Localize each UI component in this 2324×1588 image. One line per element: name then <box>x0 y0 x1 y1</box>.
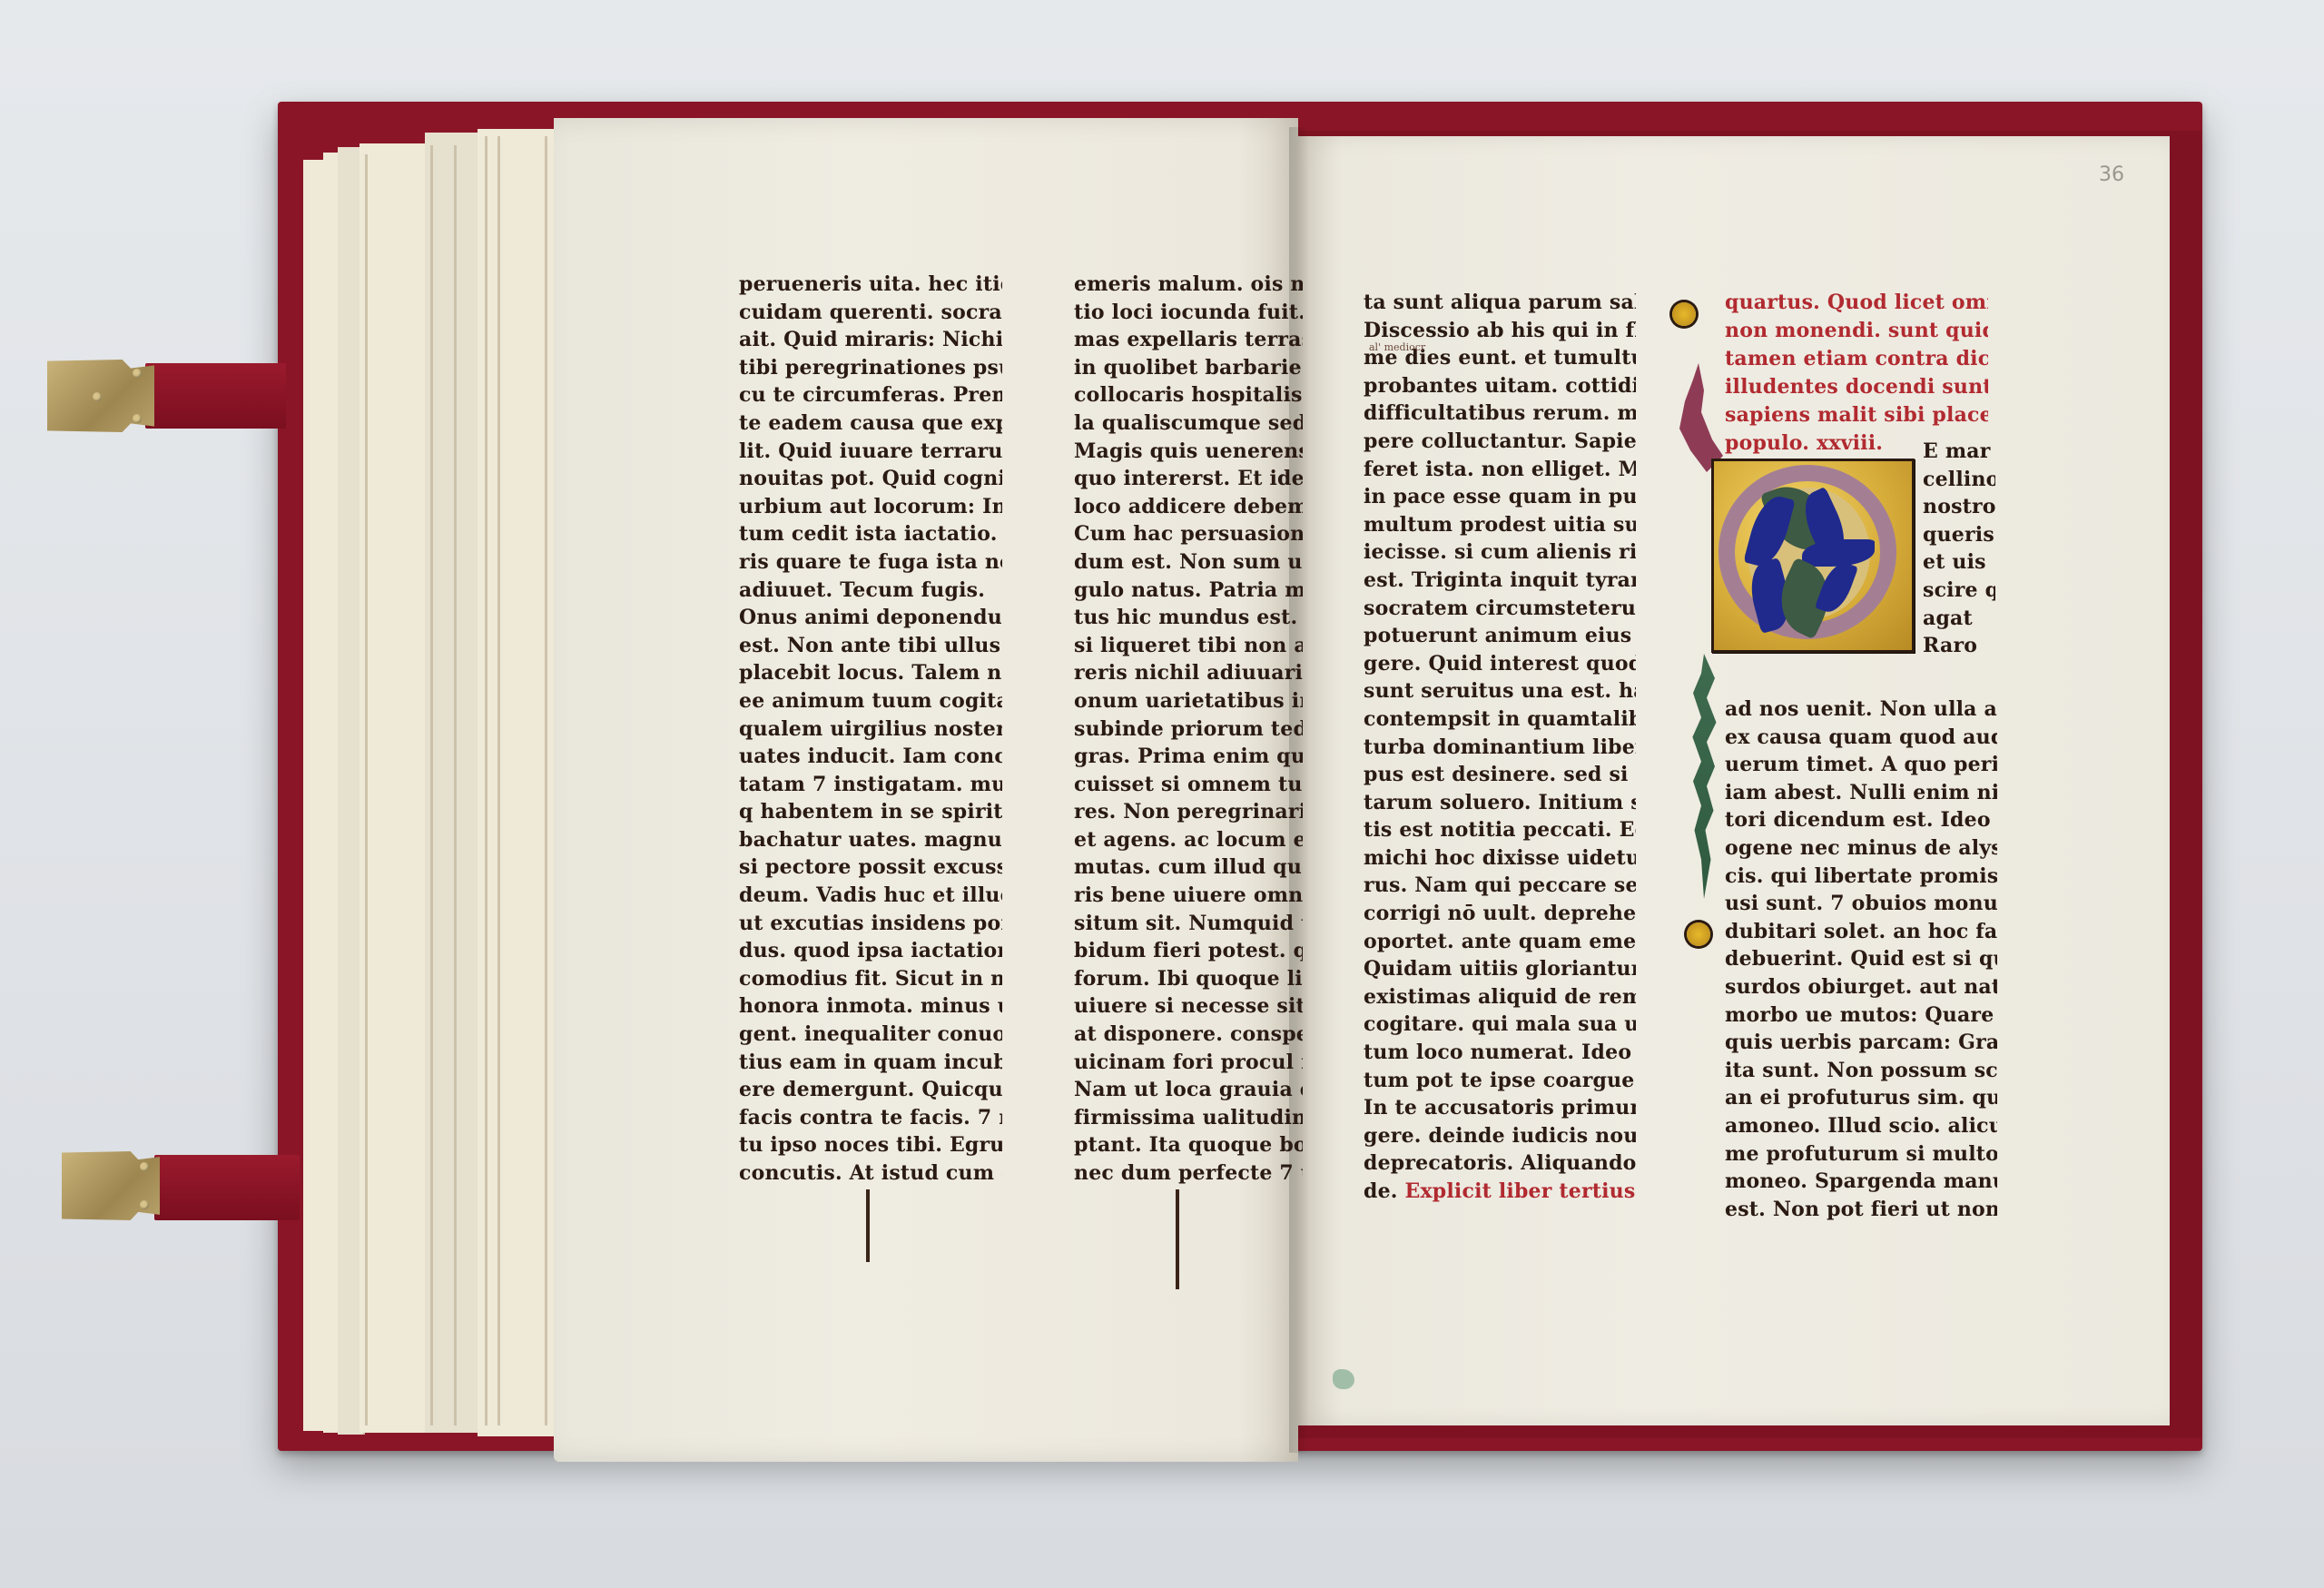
text-line: iecisse. si cum alienis rixandum <box>1364 538 1636 567</box>
text-line: la qualiscumque sedes erit. <box>1074 409 1303 438</box>
upper-clasp-strap[interactable] <box>145 363 286 429</box>
text-line: uates inducit. Iam conci <box>739 743 1002 771</box>
text-line: ut excutias insidens pon <box>739 910 1002 938</box>
text-line: te eadem causa que expu <box>739 409 1002 438</box>
text-line: cuidam querenti. socrates <box>739 299 1002 327</box>
text-line: tori dicendum est. Ideo de di <box>1725 806 1997 834</box>
left-page-column-1: perueneris uita. hec itidem cuidam quere… <box>739 271 1002 1188</box>
text-line: existimas aliquid de remedio <box>1364 983 1636 1011</box>
text-line: potuerunt animum eius infrin <box>1364 622 1636 650</box>
text-line: pus est desinere. sed si prius por <box>1364 761 1636 789</box>
text-line: ptant. Ita quoque bone men <box>1074 1131 1303 1159</box>
text-line: contempsit in quamtalibet <box>1364 705 1636 734</box>
text-line: perueneris uita. hec itidem <box>739 271 1002 299</box>
text-line: tio loci iocunda fuit. In ulti <box>1074 299 1303 327</box>
text-line: cis. qui libertate promiscua <box>1725 863 1997 891</box>
text-line: at disponere. conspectum e <box>1074 1021 1303 1049</box>
text-line: morbo ue mutos: Quare in <box>1725 1001 1997 1030</box>
text-line: Raro <box>1923 632 1995 660</box>
text-line: ait. Quid miraris: Nichil <box>739 326 1002 354</box>
rivet-icon <box>140 1200 149 1209</box>
text-line: E mar <box>1923 438 1995 466</box>
page-edge <box>359 143 428 1433</box>
text-line: in pace esse quam in pugna. Nō <box>1364 483 1636 511</box>
text-line: tum pot te ipse coargue. inquire. <box>1364 1067 1636 1095</box>
text-line: probantes uitam. cottidie cu <box>1364 372 1636 400</box>
text-line: gent. inequaliter conuoluta ci <box>739 1021 1002 1049</box>
text-line: tarum soluero. Initium salu <box>1364 789 1636 817</box>
text-line: oportet. ante quam emendes. <box>1364 928 1636 956</box>
text-line: quis uerbis parcam: Gratu <box>1725 1029 1997 1057</box>
right-page-column-1: ta sunt aliqua parum salubria. Discessio… <box>1364 289 1636 1206</box>
text-line: turba dominantium liber est. Te <box>1364 734 1636 762</box>
text-line: iam abest. Nulli enim nisi audi <box>1725 779 1997 807</box>
marginal-gloss: al' mediocr <box>1369 341 1425 353</box>
explicit-rubric: Explicit liber tertius. Incip <box>1405 1179 1637 1203</box>
left-page-column-2: emeris malum. ois muta tio loci iocunda … <box>1074 271 1303 1188</box>
text-line: amoneo. Illud scio. alicui <box>1725 1112 1997 1140</box>
text-line: sunt seruitus una est. hanc q <box>1364 677 1636 705</box>
rivet-icon <box>93 392 102 401</box>
text-line: difficultatibus rerum. magno o <box>1364 399 1636 428</box>
text-beside-initial: E mar cellino nostro queris. et uis scir… <box>1923 438 1995 660</box>
lower-clasp-strap[interactable] <box>154 1155 300 1220</box>
text-line: scire q <box>1923 577 1995 605</box>
text-line: tius eam in quam incubu <box>739 1049 1002 1077</box>
page-edge <box>478 129 561 1436</box>
text-line: an ei profuturus sim. quem <box>1725 1084 1997 1112</box>
text-line: ad nos uenit. Non ulla alia <box>1725 695 1997 724</box>
text-line: queris. <box>1923 521 1995 549</box>
text-line: adiuuet. Tecum fugis. <box>739 577 1002 605</box>
text-line: firmissima ualitudinem te <box>1074 1104 1303 1132</box>
text-line: dus. quod ipsa iactatione in <box>739 937 1002 965</box>
page-edge-shadow <box>485 136 487 1425</box>
text-line: cuisset si omnem tuum cr <box>1074 771 1303 799</box>
text-line: agat <box>1923 605 1995 633</box>
text-line: Quidam uitiis gloriantur. Tu <box>1364 955 1636 983</box>
text-line: nouitas pot. Quid cognitio <box>739 465 1002 493</box>
text-line: qualem uirgilius noster <box>739 715 1002 744</box>
text-line: pere colluctantur. Sapiens <box>1364 428 1636 456</box>
text-line: et uis <box>1923 548 1995 577</box>
line-filler-ornament-icon <box>866 1189 870 1262</box>
text-line: gras. Prima enim quaeque <box>1074 743 1303 771</box>
rubric-line: non monendi. sunt quidam <box>1725 317 1988 345</box>
text-line: quo intererst. Et ideo nulli <box>1074 465 1303 493</box>
text-line: uerum timet. A quo periculo <box>1725 751 1997 779</box>
text-line: subinde priorum tedio <box>1074 715 1303 744</box>
text-line: ris bene uiuere omni loco po <box>1074 882 1303 910</box>
text-line: gere. Quid interest quod domini <box>1364 650 1636 678</box>
text-line: comodius fit. Sicut in naui <box>739 965 1002 993</box>
text-line: in quolibet barbarie angu <box>1074 354 1303 382</box>
text-line: uicinam fori procul fugi <box>1074 1049 1303 1077</box>
text-line: dum est. Non sum uni an <box>1074 548 1303 577</box>
text-line: ere demergunt. Quicquid <box>739 1076 1002 1104</box>
text-line: emeris malum. ois muta <box>1074 271 1303 299</box>
text-line: ta sunt aliqua parum salubria. <box>1364 289 1636 317</box>
text-line: cogitare. qui mala sua uirtu <box>1364 1011 1636 1039</box>
right-page-column-2: ad nos uenit. Non ulla alia ex causa qua… <box>1725 695 1997 1223</box>
text-line: corrigi nō uult. deprehendas te <box>1364 900 1636 928</box>
text-line: feret ista. non elliget. Mallet <box>1364 456 1636 484</box>
page-edge-shadow <box>497 136 500 1425</box>
text-line: bidum fieri potest. quam <box>1074 937 1303 965</box>
text-line: usi sunt. 7 obuios monuerunt <box>1725 890 1997 918</box>
text-line: q habentem in se spiritu nō sui <box>739 798 1002 826</box>
text-line: urbium aut locorum: Inriri <box>739 493 1002 521</box>
text-line: nec dum perfecte 7 ualesc <box>1074 1159 1303 1188</box>
text-line: surdos obiurget. aut natura <box>1725 973 1997 1001</box>
text-line: forum. Ibi quoque licet quiete <box>1074 965 1303 993</box>
text-line: facis contra te facis. 7 mo <box>739 1104 1002 1132</box>
text-line: est. Non ante tibi ullus <box>739 632 1002 660</box>
text-line: onum uarietatibus in quas <box>1074 687 1303 715</box>
rubric-line: tamen etiam contra dicentes uel <box>1725 345 1988 373</box>
gold-sun-roundel-icon <box>1687 922 1710 946</box>
text-line: rus. Nam qui peccare se nesciat <box>1364 872 1636 900</box>
page-edge-shadow <box>430 145 433 1425</box>
page-edge-shadow <box>365 154 368 1425</box>
text-line: multum prodest uitia sua pro <box>1364 511 1636 539</box>
text-line: si pectore possit excussisse <box>739 853 1002 882</box>
chapter-rubric: quartus. Quod licet omnes non monendi. s… <box>1725 289 1988 458</box>
text-line: bachatur uates. magnum <box>739 826 1002 854</box>
text-line: ita sunt. Non possum scire <box>1725 1057 1997 1085</box>
rivet-icon <box>133 414 142 423</box>
text-line: est. Non pot fieri ut non ali <box>1725 1196 1997 1224</box>
text-line: Discessio ab his qui in fluctu <box>1364 317 1636 345</box>
text-line: deum. Vadis huc et illuc. <box>739 882 1002 910</box>
text-line: concutis. At istud cum ee <box>739 1159 1002 1188</box>
text-line: ex causa quam quod audire <box>1725 724 1997 752</box>
lower-clasp-icon[interactable] <box>62 1151 160 1220</box>
text-line: tum cedit ista iactatio. Q <box>739 520 1002 548</box>
text-line: tatam 7 instigatam. multi <box>739 771 1002 799</box>
text-line: Onus animi deponendum <box>739 604 1002 632</box>
page-edge <box>425 133 481 1433</box>
text-line: res. Non peregrinaris sed e <box>1074 798 1303 826</box>
text-line: In te accusatoris primum partibus fun <box>1364 1094 1636 1122</box>
text-line: collocaris hospitalis tibi il <box>1074 381 1303 409</box>
text-line: gere. deinde iudicis nouissime <box>1364 1122 1636 1150</box>
text-line: uiuere si necesse sit. Sed si lic <box>1074 992 1303 1021</box>
text-line: tum loco numerat. Ideo quan <box>1364 1039 1636 1067</box>
text-line: michi hoc dixisse uidetur epicu <box>1364 844 1636 873</box>
text-line: Magis quis uenerens. qua <box>1074 438 1303 466</box>
text-line: situm sit. Numquid tam tu <box>1074 910 1303 938</box>
text-line: loco addicere debemus anim <box>1074 493 1303 521</box>
explicit-line: de. Explicit liber tertius. Incip <box>1364 1178 1636 1206</box>
text-line: debuerint. Quid est si quis <box>1725 945 1997 973</box>
page-edge-shadow <box>454 145 457 1425</box>
text-line: Cum hac persuasione uiue <box>1074 520 1303 548</box>
text-line: tu ipso noces tibi. Egrum enim <box>739 1131 1002 1159</box>
text-line: mas expellaris terras. lice <box>1074 326 1303 354</box>
gold-sun-roundel-icon <box>1672 302 1696 326</box>
text-line: moneo. Spargenda manus <box>1725 1168 1997 1196</box>
text-line: socratem circumsteterunt. nec <box>1364 595 1636 623</box>
text-line: gulo natus. Patria mea to <box>1074 577 1303 605</box>
text-line: tis est notitia peccati. Egregie <box>1364 816 1636 844</box>
text-line: Nam ut loca grauia etiam <box>1074 1076 1303 1104</box>
text-line: reris nichil adiuuari te <box>1074 659 1303 687</box>
text-line: ogene nec minus de alys cini <box>1725 834 1997 863</box>
text-line: ee animum tuum cogita. <box>739 687 1002 715</box>
upper-clasp-icon[interactable] <box>47 360 154 432</box>
line-filler-ornament-icon <box>1176 1189 1179 1289</box>
rubric-line: illudentes docendi sunt. Et q <box>1725 373 1988 401</box>
text-fragment: de. <box>1364 1179 1398 1203</box>
text-line: placebit locus. Talem nunc <box>739 659 1002 687</box>
rubric-line: quartus. Quod licet omnes <box>1725 289 1988 317</box>
text-line: lit. Quid iuuare terrarum <box>739 438 1002 466</box>
text-line: cu te circumferas. Premit <box>739 381 1002 409</box>
text-line: cellino <box>1923 466 1995 494</box>
rivet-icon <box>140 1162 149 1171</box>
text-line: est. Triginta inquit tyranni <box>1364 567 1636 595</box>
text-line: dubitari solet. an hoc facere <box>1725 918 1997 946</box>
text-line: nostro <box>1923 493 1995 521</box>
text-line: si liqueret tibi non admira <box>1074 632 1303 660</box>
folio-number: 36 <box>2099 163 2124 186</box>
text-line: ris quare te fuga ista nō <box>739 548 1002 577</box>
text-line: mutas. cum illud quod q <box>1074 853 1303 882</box>
text-line: tus hic mundus est. Quod <box>1074 604 1303 632</box>
rivet-icon <box>133 369 142 378</box>
rubric-line: sapiens malit sibi placere q <box>1725 401 1988 429</box>
text-line: me profuturum si multos ad <box>1725 1140 1997 1169</box>
text-line: et agens. ac locum ex loco <box>1074 826 1303 854</box>
green-stain <box>1333 1369 1354 1389</box>
text-line: deprecatoris. Aliquando te offe <box>1364 1149 1636 1178</box>
text-line: tibi peregrinationes psunt. <box>739 354 1002 382</box>
text-line: honora inmota. minus ur <box>739 992 1002 1021</box>
page-edge-shadow <box>545 136 547 1425</box>
